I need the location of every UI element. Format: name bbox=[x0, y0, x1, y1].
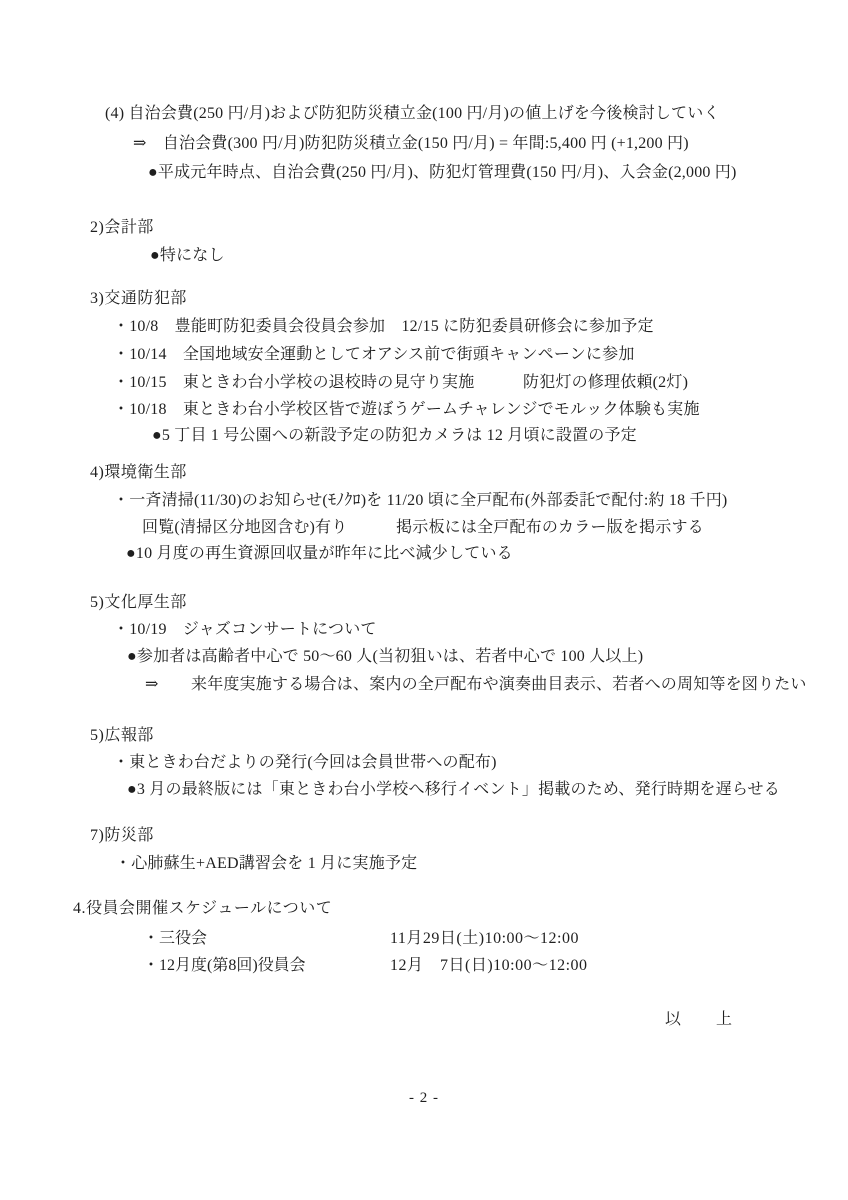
environment-note-line: ●10 月度の再生資源回収量が昨年に比べ減少している bbox=[126, 544, 513, 564]
schedule-row-datetime: 11月29日(土)10:00〜12:00 bbox=[390, 929, 579, 949]
schedule-row-datetime: 12月 7日(日)10:00〜12:00 bbox=[390, 956, 588, 976]
dues-increase-line: (4) 自治会費(250 円/月)および防犯防災積立金(100 円/月)の値上げ… bbox=[105, 104, 720, 124]
schedule-row: ・三役会 11月29日(土)10:00〜12:00 bbox=[0, 929, 848, 951]
traffic-item-4: ・10/18 東ときわ台小学校区皆で遊ぼうゲームチャレンジでモルック体験も実施 bbox=[113, 400, 700, 420]
closing-statement: 以 上 bbox=[665, 1006, 733, 1029]
schedule-row-label: ・12月度(第8回)役員会 bbox=[143, 956, 306, 976]
culture-note-line: ●参加者は高齢者中心で 50〜60 人(当初狙いは、若者中心で 100 人以上) bbox=[127, 647, 643, 667]
section-heading-disaster-prevention: 7)防災部 bbox=[90, 826, 154, 846]
disaster-item-line: ・心肺蘇生+AED講習会を 1 月に実施予定 bbox=[115, 854, 417, 874]
culture-item-line: ・10/19 ジャズコンサートについて bbox=[113, 620, 377, 640]
culture-arrow-line: ⇒ 来年度実施する場合は、案内の全戸配布や演奏曲目表示、若者への周知等を図りたい bbox=[145, 675, 807, 695]
pr-note-line: ●3 月の最終版には「東ときわ台小学校へ移行イベント」掲載のため、発行時期を遅ら… bbox=[127, 780, 780, 800]
pr-item-line: ・東ときわ台だよりの発行(今回は会員世帯への配布) bbox=[113, 753, 497, 773]
section-heading-accounting: 2)会計部 bbox=[90, 218, 154, 238]
section-heading-environment: 4)環境衛生部 bbox=[90, 463, 187, 483]
traffic-item-2: ・10/14 全国地域安全運動としてオアシス前で街頭キャンペーンに参加 bbox=[113, 345, 635, 365]
environment-item-continuation-line: 回覧(清掃区分地図含む)有り 掲示板には全戸配布のカラー版を掲示する bbox=[142, 518, 704, 538]
section-heading-public-relations: 5)広報部 bbox=[90, 726, 154, 746]
schedule-row-label: ・三役会 bbox=[143, 929, 207, 949]
section-heading-culture-welfare: 5)文化厚生部 bbox=[90, 593, 187, 613]
accounting-note-line: ●特になし bbox=[150, 246, 225, 266]
section-heading-traffic-crime: 3)交通防犯部 bbox=[90, 289, 187, 309]
dues-history-note-line: ●平成元年時点、自治会費(250 円/月)、防犯灯管理費(150 円/月)、入会… bbox=[148, 163, 737, 183]
environment-item-line: ・一斉清掃(11/30)のお知らせ(ﾓﾉｸﾛ)を 11/20 頃に全戸配布(外部… bbox=[113, 491, 727, 511]
page-number: - 2 - bbox=[0, 1090, 848, 1107]
schedule-row: ・12月度(第8回)役員会 12月 7日(日)10:00〜12:00 bbox=[0, 956, 848, 978]
section-heading-schedule: 4.役員会開催スケジュールについて bbox=[73, 899, 332, 919]
dues-increase-arrow-line: ⇒ 自治会費(300 円/月)防犯防災積立金(150 円/月) = 年間:5,4… bbox=[133, 134, 689, 154]
traffic-item-3: ・10/15 東ときわ台小学校の退校時の見守り実施 防犯灯の修理依頼(2灯) bbox=[113, 373, 688, 393]
minutes-page-2: (4) 自治会費(250 円/月)および防犯防災積立金(100 円/月)の値上げ… bbox=[0, 0, 848, 1200]
traffic-note-line: ●5 丁目 1 号公園への新設予定の防犯カメラは 12 月頃に設置の予定 bbox=[152, 426, 637, 446]
traffic-item-1: ・10/8 豊能町防犯委員会役員会参加 12/15 に防犯委員研修会に参加予定 bbox=[113, 317, 654, 337]
